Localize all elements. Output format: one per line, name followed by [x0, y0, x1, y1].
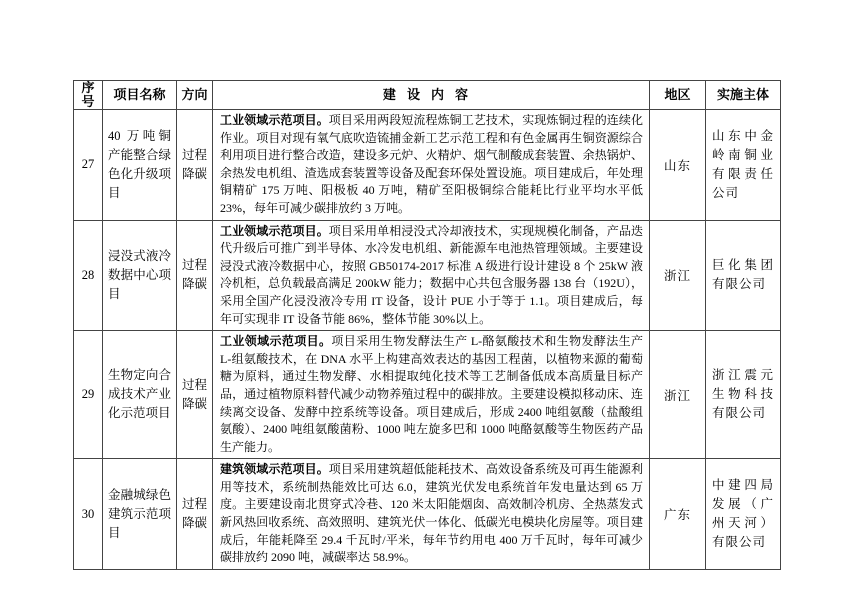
header-cell-no: 序号: [74, 81, 103, 110]
region-cell: 浙江: [650, 331, 706, 459]
serial-cell: 27: [74, 110, 103, 221]
header-cell-entity: 实施主体: [706, 81, 781, 110]
direction-cell: 过程降碳: [177, 110, 213, 221]
region-cell: 山东: [650, 110, 706, 221]
entity-cell: 巨化集团有限公司: [706, 220, 781, 331]
document-page: 序号 项目名称 方向 建设内容 地区 实施主体 27 40 万吨铜产能整合绿色化…: [0, 0, 848, 600]
content-body: 项目采用单相浸没式冷却液技术，实现规模化制备，产品迭代升级后可推广到半导体、水冷…: [220, 224, 643, 326]
direction-cell: 过程降碳: [177, 220, 213, 331]
table-row-29: 29 生物定向合成技术产业化示范项目 过程降碳 工业领域示范项目。项目采用生物发…: [74, 331, 781, 459]
content-body: 项目采用两段短流程炼铜工艺技术，实现炼铜过程的连续化作业。项目对现有氧气底吹造锍…: [220, 113, 643, 215]
header-cell-region: 地区: [650, 81, 706, 110]
project-name-cell: 40 万吨铜产能整合绿色化升级项目: [103, 110, 177, 221]
direction-cell: 过程降碳: [177, 459, 213, 570]
header-cell-name: 项目名称: [103, 81, 177, 110]
region-cell: 浙江: [650, 220, 706, 331]
project-table: 序号 项目名称 方向 建设内容 地区 实施主体 27 40 万吨铜产能整合绿色化…: [73, 80, 781, 570]
table-row-28: 28 浸没式液冷数据中心项目 过程降碳 工业领域示范项目。项目采用单相浸没式冷却…: [74, 220, 781, 331]
table-row-27: 27 40 万吨铜产能整合绿色化升级项目 过程降碳 工业领域示范项目。项目采用两…: [74, 110, 781, 221]
region-cell: 广东: [650, 459, 706, 570]
project-name-cell: 浸没式液冷数据中心项目: [103, 220, 177, 331]
content-lead: 工业领域示范项目。: [220, 113, 329, 127]
content-lead: 工业领域示范项目。: [220, 224, 329, 238]
entity-cell: 浙江震元生物科技有限公司: [706, 331, 781, 459]
header-cell-direction: 方向: [177, 81, 213, 110]
project-name-cell: 生物定向合成技术产业化示范项目: [103, 331, 177, 459]
project-name-cell: 金融城绿色建筑示范项目: [103, 459, 177, 570]
content-body: 项目采用建筑超低能耗技术、高效设备系统及可再生能源利用等技术，系统制热能效比可达…: [220, 462, 643, 564]
entity-cell: 山东中金岭南铜业有限责任公司: [706, 110, 781, 221]
content-cell: 工业领域示范项目。项目采用单相浸没式冷却液技术，实现规模化制备，产品迭代升级后可…: [213, 220, 650, 331]
content-cell: 建筑领域示范项目。项目采用建筑超低能耗技术、高效设备系统及可再生能源利用等技术，…: [213, 459, 650, 570]
table-row-30: 30 金融城绿色建筑示范项目 过程降碳 建筑领域示范项目。项目采用建筑超低能耗技…: [74, 459, 781, 570]
serial-cell: 28: [74, 220, 103, 331]
serial-cell: 30: [74, 459, 103, 570]
content-lead: 建筑领域示范项目。: [220, 462, 329, 476]
entity-cell: 中建四局发展（广州天河）有限公司: [706, 459, 781, 570]
content-cell: 工业领域示范项目。项目采用两段短流程炼铜工艺技术，实现炼铜过程的连续化作业。项目…: [213, 110, 650, 221]
content-body: 项目采用生物发酵法生产 L-酪氨酸技术和生物发酵法生产 L-组氨酸技术，在 DN…: [220, 334, 643, 454]
content-lead: 工业领域示范项目。: [220, 334, 331, 348]
direction-cell: 过程降碳: [177, 331, 213, 459]
header-cell-content: 建设内容: [213, 81, 650, 110]
serial-cell: 29: [74, 331, 103, 459]
content-cell: 工业领域示范项目。项目采用生物发酵法生产 L-酪氨酸技术和生物发酵法生产 L-组…: [213, 331, 650, 459]
header-row: 序号 项目名称 方向 建设内容 地区 实施主体: [74, 81, 781, 110]
